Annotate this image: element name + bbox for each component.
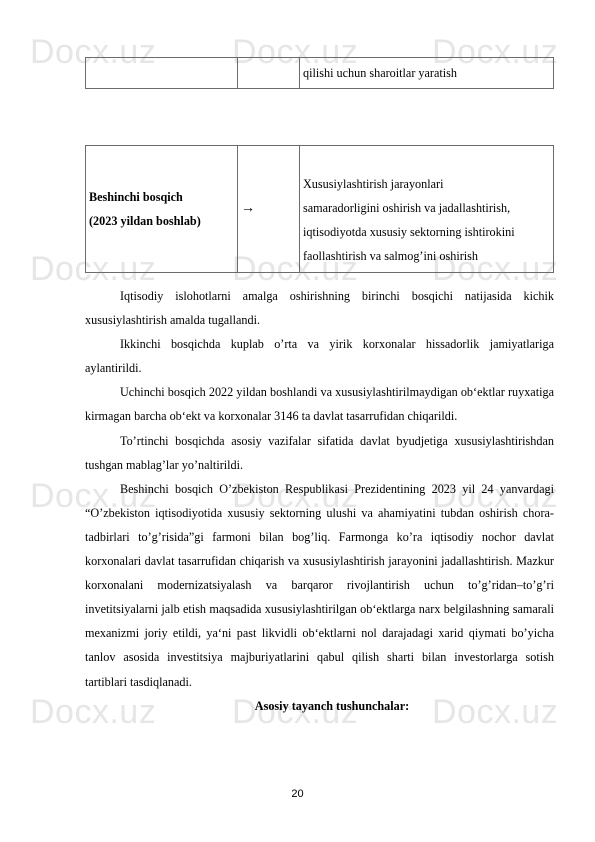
description-line: iqtisodiyotda xususiy sektorning ishtiro… (303, 220, 550, 244)
stage-description-cell: Xususiylashtirish jarayonlari samaradorl… (300, 146, 554, 273)
description-line: faollashtirish va salmog’ini oshirish (303, 244, 550, 268)
stage-title: Beshinchi bosqich (89, 185, 234, 209)
table-row: Beshinchi bosqich (2023 yildan boshlab) … (86, 146, 554, 273)
stage-title-cell: Beshinchi bosqich (2023 yildan boshlab) (86, 146, 238, 273)
arrow-right-icon: → (241, 201, 255, 216)
paragraph: Uchinchi bosqich 2022 yildan boshlandi v… (85, 380, 554, 428)
table-row: qilishi uchun sharoitlar yaratish (86, 58, 554, 89)
table-continuation: qilishi uchun sharoitlar yaratish (85, 57, 554, 89)
stage-period: (2023 yildan boshlab) (89, 209, 234, 233)
table-cell (238, 58, 300, 89)
description-line: samaradorligini oshirish va jadallashtir… (303, 196, 550, 220)
section-heading: Asosiy tayanch tushunchalar: (85, 694, 554, 718)
paragraph: To’rtinchi bosqichda asosiy vazifalar si… (85, 429, 554, 477)
table-cell: qilishi uchun sharoitlar yaratish (300, 58, 554, 89)
body-text: Iqtisodiy islohotlarni amalga oshirishni… (85, 284, 554, 718)
table-stage-five: Beshinchi bosqich (2023 yildan boshlab) … (85, 145, 554, 273)
arrow-cell: → (238, 146, 300, 273)
paragraph: Iqtisodiy islohotlarni amalga oshirishni… (85, 284, 554, 332)
description-line: Xususiylashtirish jarayonlari (303, 172, 550, 196)
paragraph: Beshinchi bosqich O’zbekiston Respublika… (85, 477, 554, 694)
paragraph: Ikkinchi bosqichda kuplab o’rta va yirik… (85, 332, 554, 380)
table-cell (86, 58, 238, 89)
page-number: 20 (0, 788, 595, 800)
